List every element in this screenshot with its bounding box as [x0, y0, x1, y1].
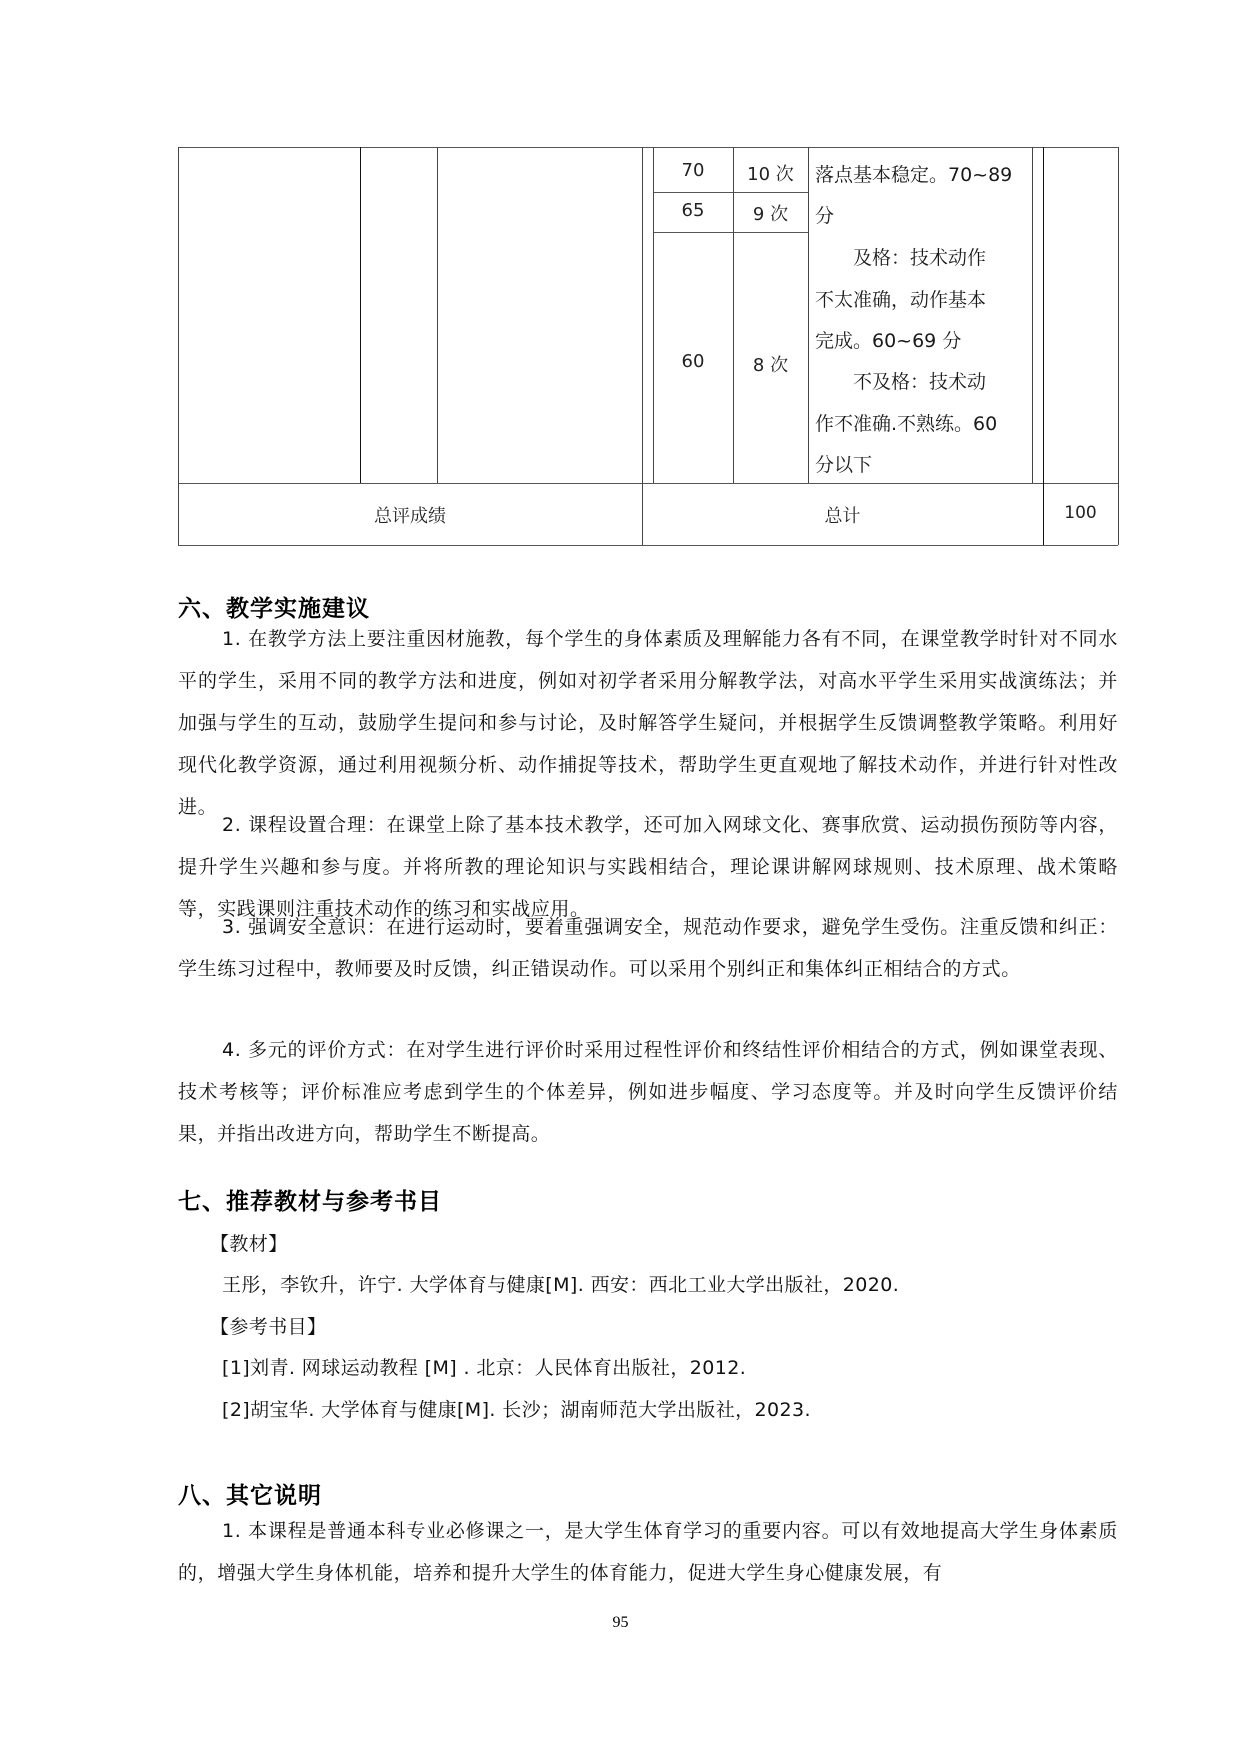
score-cell: 60 [653, 351, 733, 372]
score-cell: 65 [653, 200, 733, 221]
col-border [733, 147, 734, 483]
sum-label: 总计 [642, 502, 1043, 528]
sum-value: 100 [1043, 503, 1118, 523]
col-border [360, 147, 361, 483]
count-cell: 8 次 [733, 351, 808, 377]
section-heading-textbooks: 七、推荐教材与参考书目 [178, 1183, 442, 1216]
criteria-line: 完成。60~69 分 [815, 326, 961, 353]
paragraph: 1. 在教学方法上要注重因材施教，每个学生的身体素质及理解能力各有不同，在课堂教… [178, 618, 1118, 828]
textbook-label: 【教材】 [210, 1229, 288, 1256]
total-row-top-border [178, 483, 1118, 484]
col-border [642, 147, 643, 545]
col-border [653, 147, 654, 483]
score-cell: 70 [653, 160, 733, 181]
paragraph: 1. 本课程是普通本科专业必修课之一，是大学生体育学习的重要内容。可以有效地提高… [178, 1510, 1118, 1594]
criteria-line: 不及格：技术动 [815, 367, 986, 394]
criteria-line: 分以下 [815, 450, 872, 477]
reference-entry: [1]刘青. 网球运动教程 [M] . 北京：人民体育出版社，2012. [222, 1353, 746, 1380]
paragraph-text: 4. 多元的评价方式：在对学生进行评价时采用过程性评价和终结性评价相结合的方式，… [178, 1039, 1118, 1145]
textbook-entry: 王彤，李钦升，许宁. 大学体育与健康[M]. 西安：西北工业大学出版社，2020… [222, 1270, 899, 1297]
paragraph: 3. 强调安全意识：在进行运动时，要着重强调安全，规范动作要求，避免学生受伤。注… [178, 906, 1118, 990]
row-divider-65-60 [653, 232, 808, 233]
page-number: 95 [0, 1614, 1241, 1632]
count-cell: 10 次 [733, 160, 808, 186]
col-border [808, 147, 809, 483]
col-border [1118, 147, 1119, 545]
row-divider-70-65 [653, 192, 808, 193]
paragraph-text: 3. 强调安全意识：在进行运动时，要着重强调安全，规范动作要求，避免学生受伤。注… [178, 916, 1118, 980]
criteria-line: 及格：技术动作 [815, 243, 986, 270]
criteria-line: 不太准确，动作基本 [815, 285, 986, 312]
paragraph-text: 1. 本课程是普通本科专业必修课之一，是大学生体育学习的重要内容。可以有效地提高… [178, 1520, 1118, 1584]
paragraph: 4. 多元的评价方式：在对学生进行评价时采用过程性评价和终结性评价相结合的方式，… [178, 1029, 1118, 1155]
criteria-line: 分 [815, 201, 834, 228]
criteria-line: 作不准确.不熟练。60 [815, 409, 997, 436]
section-heading-other-notes: 八、其它说明 [178, 1477, 322, 1510]
table-bottom-border [178, 545, 1118, 546]
table-top-border [178, 147, 1118, 148]
references-label: 【参考书目】 [210, 1312, 326, 1339]
paragraph-text: 1. 在教学方法上要注重因材施教，每个学生的身体素质及理解能力各有不同，在课堂教… [178, 628, 1118, 818]
reference-entry: [2]胡宝华. 大学体育与健康[M]. 长沙；湖南师范大学出版社，2023. [222, 1395, 811, 1422]
count-cell: 9 次 [733, 200, 808, 226]
total-score-label: 总评成绩 [178, 502, 642, 528]
paragraph-text: 2. 课程设置合理：在课堂上除了基本技术教学，还可加入网球文化、赛事欣赏、运动损… [178, 814, 1118, 920]
col-border [178, 147, 179, 545]
criteria-line: 落点基本稳定。70~89 [815, 160, 1012, 187]
col-border [1032, 147, 1033, 483]
col-border [1043, 147, 1044, 545]
col-border [437, 147, 438, 483]
